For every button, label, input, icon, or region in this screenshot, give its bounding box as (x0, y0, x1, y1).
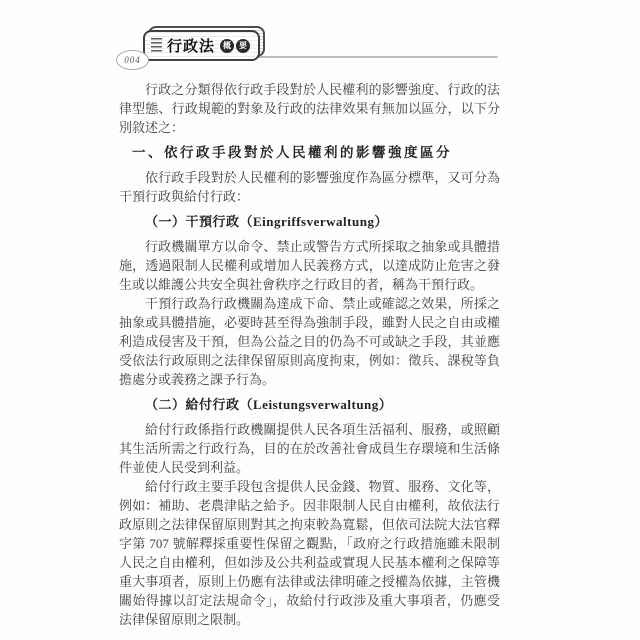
subsection-1-heading: （一）干預行政（Eingriffsverwaltung） (145, 212, 500, 231)
subsection-2-paragraph-1: 給付行政係指行政機關提供人民各項生活福利、服務，或照顧其生活所需之行政行為，目的… (119, 420, 500, 477)
title-badges: 概 要 (220, 39, 250, 53)
page-number-oval: 004 (116, 50, 149, 70)
subsection-2-paragraph-2: 給付行政主要手段包含提供人民金錢、物質、服務、文化等，例如：補助、老農津貼之給予… (119, 477, 500, 629)
section-lead-paragraph: 依行政手段對於人民權利的影響強度作為區分標準，又可分為干預行政與給付行政： (119, 168, 500, 206)
intro-paragraph: 行政之分類得依行政手段對於人民權利的影響強度、行政的法律型態、行政規範的對象及行… (119, 80, 500, 137)
page-content: 行政之分類得依行政手段對於人民權利的影響強度、行政的法律型態、行政規範的對象及行… (119, 80, 500, 629)
book-page: 行政法 概 要 004 行政之分類得依行政手段對於人民權利的影響強度、行政的法律… (0, 0, 640, 640)
section-heading: 一、依行政手段對於人民權利的影響強度區分 (132, 143, 500, 162)
tab-face: 行政法 概 要 (143, 30, 260, 61)
chapter-tab: 行政法 概 要 (143, 30, 260, 61)
book-title: 行政法 (167, 35, 215, 56)
badge-circle-1: 概 (220, 39, 234, 53)
subsection-1-paragraph-1: 行政機關單方以命令、禁止或警告方式所採取之抽象或具體措施，透過限制人民權利或增加… (119, 237, 500, 294)
badge-circle-2: 要 (236, 39, 250, 53)
subsection-2-heading: （二）給付行政（Leistungsverwaltung） (145, 395, 500, 414)
subsection-1-paragraph-2: 干預行政為行政機關為達成下命、禁止或確認之效果，所採之抽象或具體措施，必要時甚至… (119, 294, 500, 389)
ruled-lines-icon (151, 38, 162, 53)
